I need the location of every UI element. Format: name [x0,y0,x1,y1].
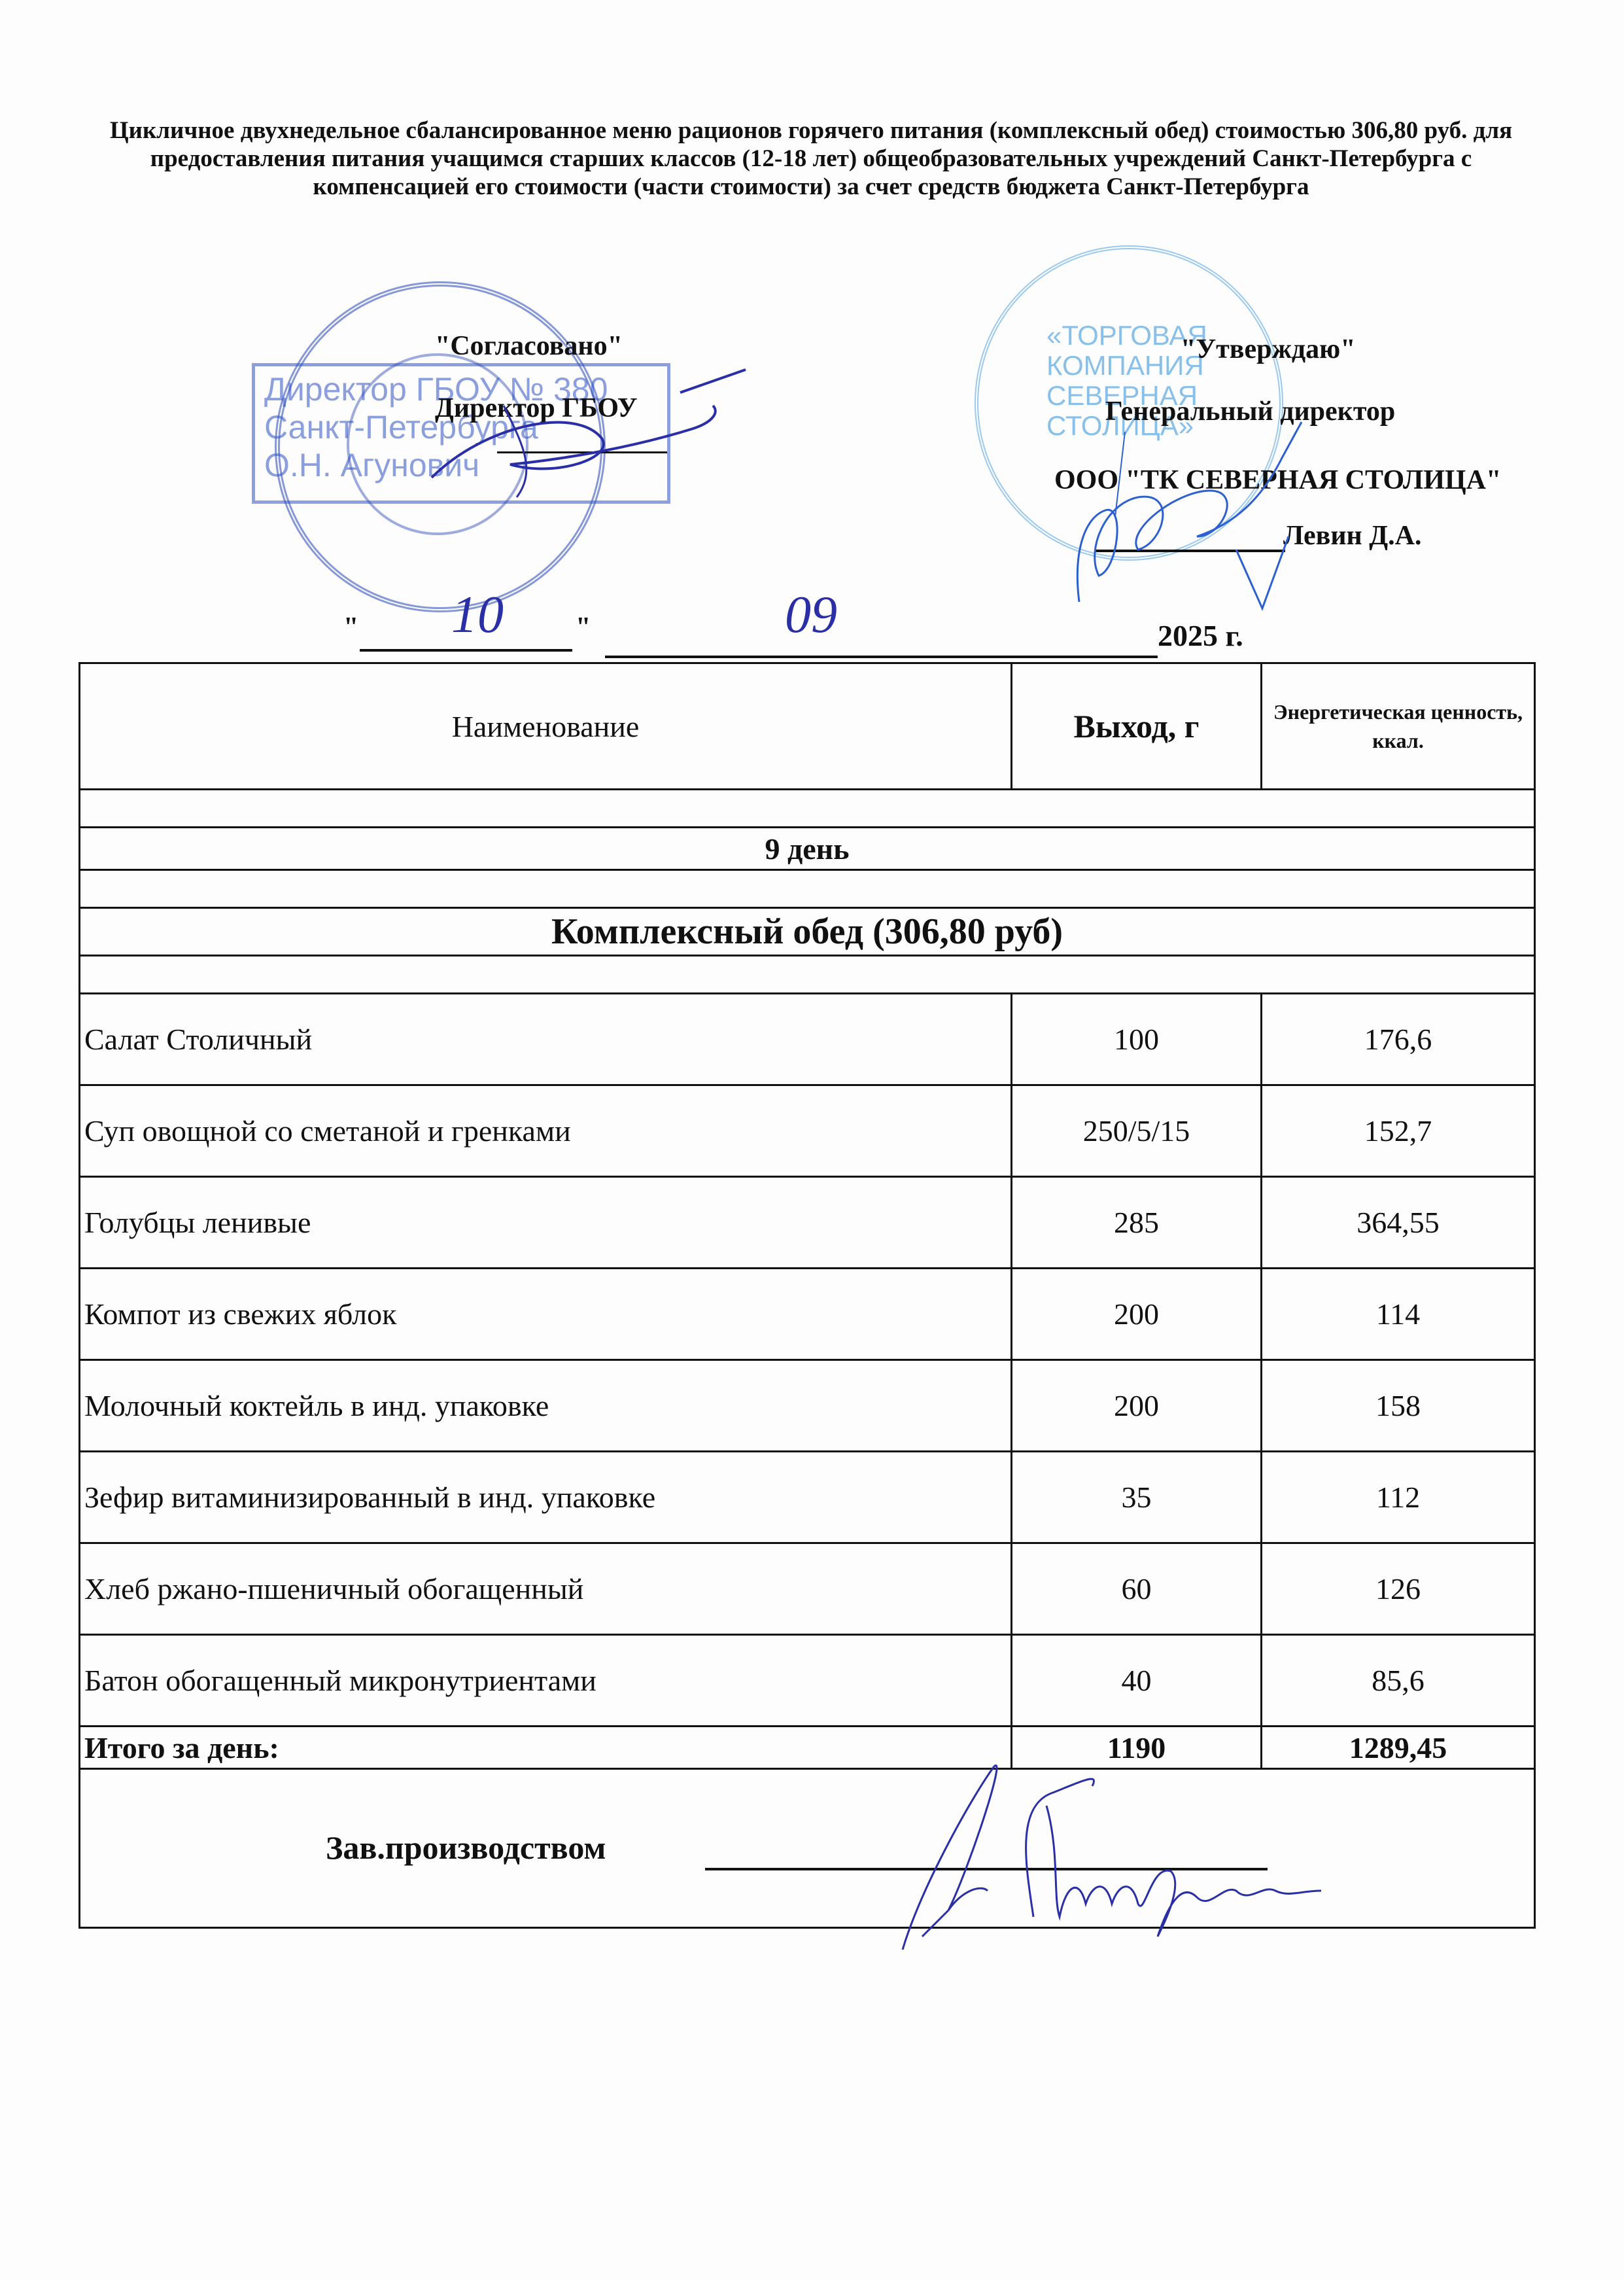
approved-signature [1066,419,1341,615]
dish-yield: 35 [1012,1452,1262,1543]
dish-energy: 176,6 [1262,994,1535,1085]
dish-name: Салат Столичный [80,994,1012,1085]
dish-name: Молочный коктейль в инд. упаковке [80,1360,1012,1452]
date-open-quote: " [343,612,358,643]
dish-yield: 200 [1012,1360,1262,1452]
dish-name: Голубцы ленивые [80,1177,1012,1269]
dish-energy: 152,7 [1262,1085,1535,1177]
blank-row [80,790,1535,828]
table-row: Зефир витаминизированный в инд. упаковке… [80,1452,1535,1543]
dish-yield: 100 [1012,994,1262,1085]
dish-yield: 285 [1012,1177,1262,1269]
dish-name: Зефир витаминизированный в инд. упаковке [80,1452,1012,1543]
header-energy: Энергетическая ценность, ккал. [1262,663,1535,790]
date-month-handwritten: 09 [785,586,837,645]
header-name: Наименование [80,663,1012,790]
dish-energy: 85,6 [1262,1635,1535,1727]
production-manager-signature [752,1753,1439,1963]
approved-label: "Утверждаю" [1181,334,1356,365]
dish-yield: 60 [1012,1543,1262,1635]
table-row: Салат Столичный100176,6 [80,994,1535,1085]
table-row: Суп овощной со сметаной и гренками250/5/… [80,1085,1535,1177]
dish-name: Компот из свежих яблок [80,1269,1012,1360]
dish-energy: 126 [1262,1543,1535,1635]
dish-name: Хлеб ржано-пшеничный обогащенный [80,1543,1012,1635]
blank-row [80,870,1535,908]
production-manager-label: Зав.производством [326,1829,606,1867]
dish-energy: 364,55 [1262,1177,1535,1269]
dish-energy: 114 [1262,1269,1535,1360]
menu-table: Наименование Выход, г Энергетическая цен… [78,662,1536,1929]
table-header-row: Наименование Выход, г Энергетическая цен… [80,663,1535,790]
dish-energy: 112 [1262,1452,1535,1543]
dish-name: Батон обогащенный микронутриентами [80,1635,1012,1727]
meal-label: Комплексный обед (306,80 руб) [80,908,1535,956]
document-title: Цикличное двухнедельное сбалансированное… [78,116,1544,201]
date-year: 2025 г. [1158,618,1243,653]
header-yield: Выход, г [1012,663,1262,790]
date-month-line [605,656,1158,658]
table-row: Хлеб ржано-пшеничный обогащенный60126 [80,1543,1535,1635]
meal-row: Комплексный обед (306,80 руб) [80,908,1535,956]
item-rows: Салат Столичный100176,6Суп овощной со см… [80,994,1535,1727]
dish-energy: 158 [1262,1360,1535,1452]
dish-yield: 40 [1012,1635,1262,1727]
table-row: Батон обогащенный микронутриентами4085,6 [80,1635,1535,1727]
dish-name: Суп овощной со сметаной и гренками [80,1085,1012,1177]
dish-yield: 200 [1012,1269,1262,1360]
date-close-quote: " [576,612,591,643]
table-row: Компот из свежих яблок200114 [80,1269,1535,1360]
blank-row [80,956,1535,994]
agreed-signature [406,366,772,523]
date-day-line [360,649,572,652]
day-row: 9 день [80,828,1535,870]
date-day-handwritten: 10 [451,586,504,645]
table-row: Голубцы ленивые285364,55 [80,1177,1535,1269]
agreed-label: "Согласовано" [435,330,623,362]
dish-yield: 250/5/15 [1012,1085,1262,1177]
table-row: Молочный коктейль в инд. упаковке200158 [80,1360,1535,1452]
day-label: 9 день [80,828,1535,870]
